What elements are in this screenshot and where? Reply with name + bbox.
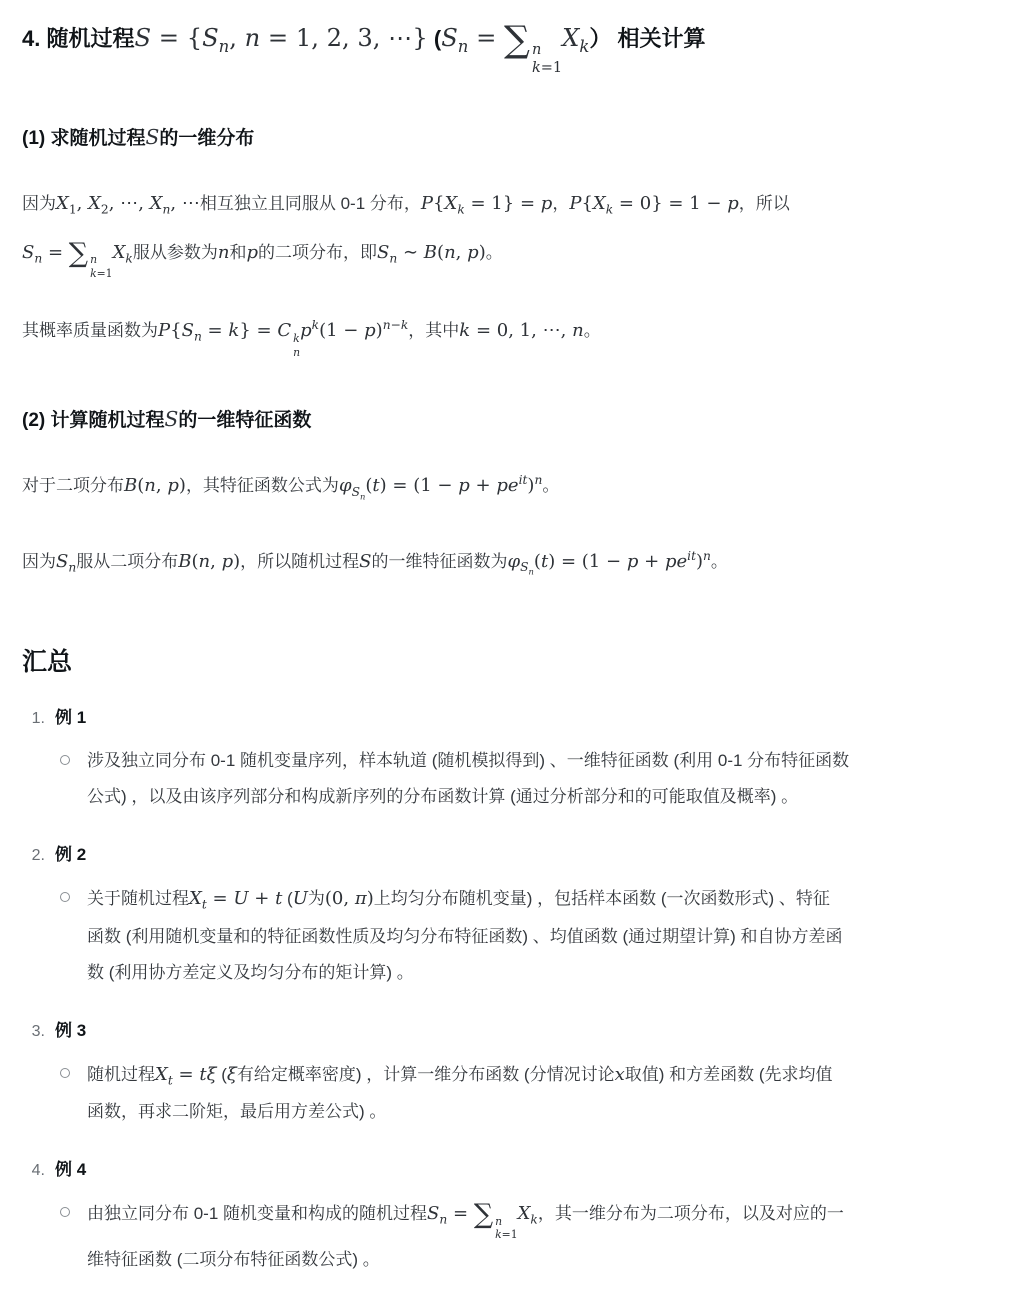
math-run: n: [199, 551, 211, 572]
math-run: X: [189, 888, 202, 909]
inline-math: ∑nk=1: [69, 242, 113, 263]
text-run: (: [428, 26, 441, 51]
math-run: k: [293, 332, 300, 345]
inline-math: )n: [527, 475, 542, 496]
text-run: ，其一维分布为二项分布，以及对应的一: [538, 1204, 844, 1223]
summary-item-3-desc: 随机过程Xt = tξ (ξ有给定概率密度) ，计算一维分布函数 (分情况讨论x…: [87, 1056, 833, 1131]
math-run: B: [424, 242, 437, 263]
subscript: 2: [101, 202, 109, 216]
math-run: =: [42, 242, 69, 263]
superscript: n−k: [383, 318, 409, 332]
math-run: X: [593, 193, 606, 214]
summary-item-1-desc: 涉及独立同分布 0-1 随机变量序列，样本轨道 (随机模拟得到) 、一维特征函数…: [87, 743, 849, 816]
inline-math: Sn: [377, 242, 397, 263]
part-1-paragraph-1: 因为X1, X2, ⋯, Xn, ⋯相互独立且同服从 0-1 分布，P{Xk =…: [22, 180, 1010, 281]
math-run: =: [207, 888, 234, 909]
math-run: k: [579, 37, 589, 56]
math-run: ,: [229, 24, 244, 52]
math-run: 1: [69, 202, 77, 216]
math-run: S: [352, 485, 360, 499]
list-number: 2.: [27, 847, 45, 865]
math-run: ,: [77, 193, 88, 214]
inline-math: ∑nk=1: [504, 24, 562, 52]
math-run: ): [479, 242, 486, 263]
math-run: ,: [156, 475, 167, 496]
hollow-bullet-icon: [60, 892, 70, 902]
inline-math: Xk: [113, 242, 133, 263]
inline-math: ξ: [227, 1064, 237, 1085]
math-run: it: [687, 549, 696, 563]
inline-math: Xt: [155, 1064, 173, 1085]
text-run: 因为: [22, 552, 56, 571]
math-run: X: [150, 193, 163, 214]
inline-math: )n: [696, 551, 711, 572]
math-run: φ: [508, 551, 521, 572]
math-run: =: [202, 320, 229, 341]
subscript: Sn: [520, 560, 534, 574]
math-run: (: [191, 551, 198, 572]
text-run: 。: [542, 476, 559, 495]
hollow-bullet-icon: [60, 755, 70, 765]
text-run: (: [217, 1065, 227, 1084]
inline-math: Sn: [56, 551, 76, 572]
inline-math: =: [447, 1203, 474, 1224]
math-run: =1: [541, 60, 562, 76]
text-run: ，其中: [408, 321, 459, 340]
math-run: p: [364, 320, 376, 341]
math-run: p: [222, 551, 234, 572]
math-run: X: [113, 242, 126, 263]
list-number: 1.: [27, 710, 45, 728]
math-run: n: [219, 37, 230, 56]
text-run: 。: [584, 321, 601, 340]
math-run: {: [170, 320, 181, 341]
inline-math: eit: [676, 551, 696, 572]
text-run: 4. 随机过程: [22, 26, 134, 51]
math-run: n: [703, 549, 711, 563]
math-run: S: [146, 125, 160, 149]
inline-math: (t) = (1 − p + p: [365, 475, 508, 496]
math-run: X: [88, 193, 101, 214]
inline-math: , ⋯: [170, 193, 199, 214]
text-run: 维特征函数 (二项分布特征函数公式) 。: [87, 1250, 380, 1269]
math-run: =: [173, 1064, 200, 1085]
text-run: 公式) ，以及由该序列部分和构成新序列的分布函数计算 (通过分析部分和的可能取值…: [87, 787, 798, 806]
text-run: (: [282, 889, 292, 908]
math-run: , ⋯: [170, 193, 199, 214]
math-run: p: [727, 193, 739, 214]
text-run: 的一维分布: [159, 128, 254, 149]
inline-math: Xk: [444, 193, 464, 214]
math-run: S: [359, 551, 371, 572]
math-run: =1: [97, 267, 113, 280]
math-run: P: [569, 193, 581, 214]
summary-item-4-desc-row: 由独立同分布 0-1 随机变量和构成的随机过程Sn = ∑nk=1Xk，其一维分…: [60, 1195, 1010, 1279]
subscript: n: [458, 37, 469, 56]
inline-math: P{: [569, 193, 593, 214]
inline-math: Sn: [182, 320, 202, 341]
math-run: =: [468, 24, 504, 52]
inline-math: Xk: [518, 1203, 538, 1224]
inline-math: P{: [421, 193, 445, 214]
list-label: 例 4: [55, 1155, 86, 1180]
subscript: Sn: [352, 485, 366, 499]
inline-math: Xk: [562, 24, 589, 52]
text-run: 上均匀分布随机变量) ，包括样本函数 (一次函数形式) 、特征: [374, 889, 830, 908]
math-run: n: [144, 475, 156, 496]
math-run: (0,: [325, 888, 355, 909]
summary-item-1-desc-row: 涉及独立同分布 0-1 随机变量序列，样本轨道 (随机模拟得到) 、一维特征函数…: [60, 743, 1010, 816]
math-run: π: [355, 888, 367, 909]
math-run: = 1, 2, 3, ⋯}: [260, 24, 428, 52]
text-run: 函数，再求二阶矩，最后用方差公式) 。: [87, 1102, 386, 1121]
inline-math: Sn: [427, 1203, 447, 1224]
text-run: 取值) 和方差函数 (先求均值: [625, 1065, 833, 1084]
math-run: p: [665, 551, 677, 572]
math-run: (1 −: [319, 320, 364, 341]
math-run: k: [532, 60, 541, 76]
math-run: = 0} = 1 −: [613, 193, 727, 214]
subscript: n: [219, 37, 230, 56]
list-number: 3.: [27, 1023, 45, 1041]
text-run: ） 相关计算: [589, 26, 705, 51]
inline-math: B(n, p): [178, 551, 240, 572]
math-run: ) = (1 −: [380, 475, 459, 496]
summary-item-3-desc-row: 随机过程Xt = tξ (ξ有给定概率密度) ，计算一维分布函数 (分情况讨论x…: [60, 1056, 1010, 1131]
math-run: p: [496, 475, 508, 496]
inline-math: (t) = (1 − p + p: [534, 551, 677, 572]
subscript: k: [125, 251, 132, 265]
list-label: 例 2: [55, 840, 86, 865]
superscript: it: [687, 549, 696, 563]
math-run: C: [277, 320, 291, 341]
summary-item-3-head: 3. 例 3: [22, 1016, 1010, 1041]
inline-math: Sn: [441, 24, 468, 52]
text-run: 由独立同分布 0-1 随机变量和构成的随机过程: [87, 1204, 427, 1223]
math-run: k: [530, 1213, 537, 1227]
math-run: k: [312, 318, 319, 332]
summary-heading: 汇总: [22, 646, 1010, 679]
math-run: n: [495, 1215, 502, 1228]
inline-math: = 0} = 1 − p: [613, 193, 739, 214]
math-run: ): [376, 320, 383, 341]
text-run: ，其特征函数公式为: [186, 476, 339, 495]
inline-math: n: [218, 242, 230, 263]
math-run: = 1} =: [465, 193, 541, 214]
math-run: B: [178, 551, 191, 572]
math-run: = 0, 1, ⋯,: [470, 320, 572, 341]
math-run: U: [233, 888, 248, 909]
summary-item-1-head: 1. 例 1: [22, 703, 1010, 728]
inline-math: ∼ B(n, p): [397, 242, 486, 263]
inline-math: Sn: [202, 24, 229, 52]
subscript: k: [530, 1213, 537, 1227]
script-stack: nk=1: [495, 1215, 517, 1242]
summary-item-2-desc-row: 关于随机过程Xt = U + t (U为(0, π)上均匀分布随机变量) ，包括…: [60, 880, 1010, 992]
inline-math: = tξ: [173, 1064, 217, 1085]
sum-icon: ∑: [504, 17, 530, 60]
inline-math: pk: [300, 320, 319, 341]
text-run: 服从二项分布: [76, 552, 178, 571]
math-run: +: [638, 551, 665, 572]
math-run: {: [433, 193, 444, 214]
math-run: n: [383, 318, 391, 332]
math-run: B: [124, 475, 137, 496]
sum-icon: ∑: [474, 1199, 493, 1230]
inline-math: U: [293, 888, 308, 909]
math-run: p: [246, 242, 258, 263]
inline-math: φSn: [339, 475, 365, 496]
math-run: S: [427, 1203, 439, 1224]
inline-math: k = 0, 1, ⋯, n: [459, 320, 583, 341]
summary-item-3: 3. 例 3 随机过程Xt = tξ (ξ有给定概率密度) ，计算一维分布函数 …: [22, 1016, 1010, 1131]
math-run: X: [444, 193, 457, 214]
inline-math: P{: [158, 320, 182, 341]
hollow-bullet-icon: [60, 1068, 70, 1078]
math-run: 2: [101, 202, 109, 216]
inline-math: eit: [508, 475, 528, 496]
math-run: n: [90, 253, 97, 266]
math-run: = {: [151, 24, 202, 52]
inline-math: x: [615, 1064, 625, 1085]
inline-math: = k} =: [202, 320, 278, 341]
text-run: 为: [308, 889, 325, 908]
document-page: 4. 随机过程S = {Sn, n = 1, 2, 3, ⋯} (Sn = ∑n…: [0, 0, 1034, 1303]
subscript: k: [579, 37, 589, 56]
inline-math: S: [165, 407, 179, 431]
inline-math: , n = 1, 2, 3, ⋯}: [229, 24, 428, 52]
inline-math: =: [42, 242, 69, 263]
inline-math: p: [246, 242, 258, 263]
text-run: 和: [229, 243, 246, 262]
script-stack: nk=1: [532, 41, 562, 77]
math-run: x: [615, 1064, 625, 1085]
math-run: S: [22, 242, 34, 263]
math-run: S: [520, 560, 528, 574]
text-run: 数 (利用协方差定义及均匀分布的矩计算) 。: [87, 963, 414, 982]
text-run: 。: [486, 243, 503, 262]
text-run: 的一维特征函数: [178, 410, 311, 431]
math-run: P: [421, 193, 433, 214]
sub-script: k=1: [90, 267, 112, 281]
math-run: X: [562, 24, 579, 52]
sup-script: n: [90, 253, 97, 267]
math-run: e: [508, 475, 519, 496]
text-run: ，所以: [739, 194, 790, 213]
math-run: X: [56, 193, 69, 214]
summary-item-2-head: 2. 例 2: [22, 840, 1010, 865]
part-2-paragraph-2: 因为Sn服从二项分布B(n, p)，所以随机过程S的一维特征函数为φSn(t) …: [22, 538, 1010, 587]
text-run: 涉及独立同分布 0-1 随机变量序列，样本轨道 (随机模拟得到) 、一维特征函数…: [87, 751, 849, 770]
math-run: n: [194, 330, 202, 344]
math-run: {: [581, 193, 592, 214]
inline-math: Xk: [593, 193, 613, 214]
math-run: k: [228, 320, 239, 341]
math-run: S: [441, 24, 458, 52]
math-run: n: [245, 24, 261, 52]
math-run: n: [532, 42, 541, 58]
inline-math: S = {: [134, 24, 202, 52]
inline-math: Xt: [189, 888, 207, 909]
inline-math: = U + t: [207, 888, 283, 909]
math-run: k: [459, 320, 470, 341]
text-run: 的一维特征函数为: [372, 552, 508, 571]
summary-item-2: 2. 例 2 关于随机过程Xt = U + t (U为(0, π)上均匀分布随机…: [22, 840, 1010, 992]
math-run: p: [167, 475, 179, 496]
math-run: ): [367, 888, 374, 909]
inline-math: S: [146, 125, 160, 149]
math-run: ξ: [227, 1064, 237, 1085]
summary-item-2-desc: 关于随机过程Xt = U + t (U为(0, π)上均匀分布随机变量) ，包括…: [87, 880, 843, 992]
text-run: 其概率质量函数为: [22, 321, 158, 340]
summary-list: 1. 例 1 涉及独立同分布 0-1 随机变量序列，样本轨道 (随机模拟得到) …: [22, 703, 1010, 1279]
inline-math: B(n, p): [124, 475, 186, 496]
math-run: −: [391, 318, 401, 332]
text-run: (1) 求随机过程: [22, 128, 146, 149]
math-run: n: [293, 346, 300, 359]
math-run: P: [158, 320, 170, 341]
math-run: S: [134, 24, 151, 52]
text-run: 因为: [22, 194, 56, 213]
math-run: k: [125, 251, 132, 265]
sub-script: k=1: [532, 59, 562, 77]
inline-math: X2: [88, 193, 109, 214]
inline-math: Ckn: [277, 320, 300, 341]
inline-math: (1 − p)n−k: [319, 320, 408, 341]
hollow-bullet-icon: [60, 1207, 70, 1217]
math-run: +: [249, 888, 276, 909]
math-run: ,: [210, 551, 221, 572]
summary-item-4: 4. 例 4 由独立同分布 0-1 随机变量和构成的随机过程Sn = ∑nk=1…: [22, 1155, 1010, 1279]
inline-math: φSn: [508, 551, 534, 572]
part-2-paragraph-1: 对于二项分布B(n, p)，其特征函数公式为φSn(t) = (1 − p + …: [22, 462, 1010, 511]
inline-math: ,: [77, 193, 88, 214]
math-run: S: [165, 407, 179, 431]
subscript: 1: [69, 202, 77, 216]
inline-math: Sn: [22, 242, 42, 263]
part-1-paragraph-2: 其概率质量函数为P{Sn = k} = Cknpk(1 − p)n−k，其中k …: [22, 307, 1010, 359]
sum-icon: ∑: [69, 238, 88, 269]
inline-math: X1: [56, 193, 77, 214]
text-run: ，所以随机过程: [240, 552, 359, 571]
inline-math: = 1} = p: [465, 193, 553, 214]
text-run: (2) 计算随机过程: [22, 410, 165, 431]
text-run: 服从参数为: [133, 243, 218, 262]
math-run: ): [696, 551, 703, 572]
sup-script: k: [293, 332, 300, 346]
list-label: 例 3: [55, 1016, 86, 1041]
inline-math: Xn: [150, 193, 171, 214]
summary-item-4-desc: 由独立同分布 0-1 随机变量和构成的随机过程Sn = ∑nk=1Xk，其一维分…: [87, 1195, 844, 1279]
math-run: ,: [456, 242, 467, 263]
script-stack: nk=1: [90, 253, 112, 280]
inline-math: ∑nk=1: [474, 1203, 518, 1224]
math-run: S: [182, 320, 194, 341]
math-run: (: [534, 551, 541, 572]
text-run: ，: [552, 194, 569, 213]
math-run: n: [458, 37, 469, 56]
sup-script: n: [532, 41, 541, 59]
sub-script: n: [293, 346, 300, 360]
math-run: p: [541, 193, 553, 214]
math-run: +: [470, 475, 497, 496]
math-run: ∼: [397, 242, 424, 263]
text-run: 有给定概率密度) ，计算一维分布函数 (分情况讨论: [237, 1065, 615, 1084]
math-run: U: [293, 888, 308, 909]
list-number: 4.: [27, 1162, 45, 1180]
inline-math: , ⋯,: [109, 193, 150, 214]
subscript: n: [194, 330, 202, 344]
text-run: 关于随机过程: [87, 889, 189, 908]
list-label: 例 1: [55, 703, 86, 728]
math-run: =1: [502, 1228, 518, 1241]
inline-math: (0, π): [325, 888, 374, 909]
summary-item-4-head: 4. 例 4: [22, 1155, 1010, 1180]
math-run: p: [627, 551, 639, 572]
math-run: =: [447, 1203, 474, 1224]
math-run: k: [457, 202, 464, 216]
sub-script: k=1: [495, 1228, 517, 1242]
math-run: t: [372, 475, 379, 496]
math-run: ): [179, 475, 186, 496]
inline-math: S: [359, 551, 371, 572]
text-run: 函数 (利用随机变量和的特征函数性质及均匀分布特征函数) 、均值函数 (通过期望…: [87, 927, 843, 946]
math-run: p: [458, 475, 470, 496]
math-run: ) = (1 −: [548, 551, 627, 572]
math-run: X: [518, 1203, 531, 1224]
math-run: (: [437, 242, 444, 263]
part-2-heading: (2) 计算随机过程S的一维特征函数: [22, 405, 1010, 435]
part-1-heading: (1) 求随机过程S的一维分布: [22, 123, 1010, 153]
math-run: X: [155, 1064, 168, 1085]
math-run: S: [56, 551, 68, 572]
math-run: S: [202, 24, 219, 52]
text-run: 相互独立且同服从 0-1 分布，: [200, 194, 421, 213]
math-run: e: [676, 551, 687, 572]
math-run: S: [377, 242, 389, 263]
math-run: , ⋯,: [109, 193, 150, 214]
superscript: n: [703, 549, 711, 563]
text-run: 的二项分布，即: [258, 243, 377, 262]
math-run: } =: [239, 320, 277, 341]
section-4-title: 4. 随机过程S = {Sn, n = 1, 2, 3, ⋯} (Sn = ∑n…: [22, 14, 1010, 77]
text-run: 随机过程: [87, 1065, 155, 1084]
subscript: k: [457, 202, 464, 216]
math-run: n: [218, 242, 230, 263]
text-run: 对于二项分布: [22, 476, 124, 495]
math-run: n: [444, 242, 456, 263]
math-run: p: [300, 320, 312, 341]
math-run: tξ: [199, 1064, 216, 1085]
summary-item-1: 1. 例 1 涉及独立同分布 0-1 随机变量序列，样本轨道 (随机模拟得到) …: [22, 703, 1010, 816]
superscript: k: [312, 318, 319, 332]
text-run: 。: [711, 552, 728, 571]
math-run: n: [572, 320, 584, 341]
sup-script: n: [495, 1215, 502, 1229]
inline-math: =: [468, 24, 504, 52]
math-run: p: [467, 242, 479, 263]
math-run: φ: [339, 475, 352, 496]
